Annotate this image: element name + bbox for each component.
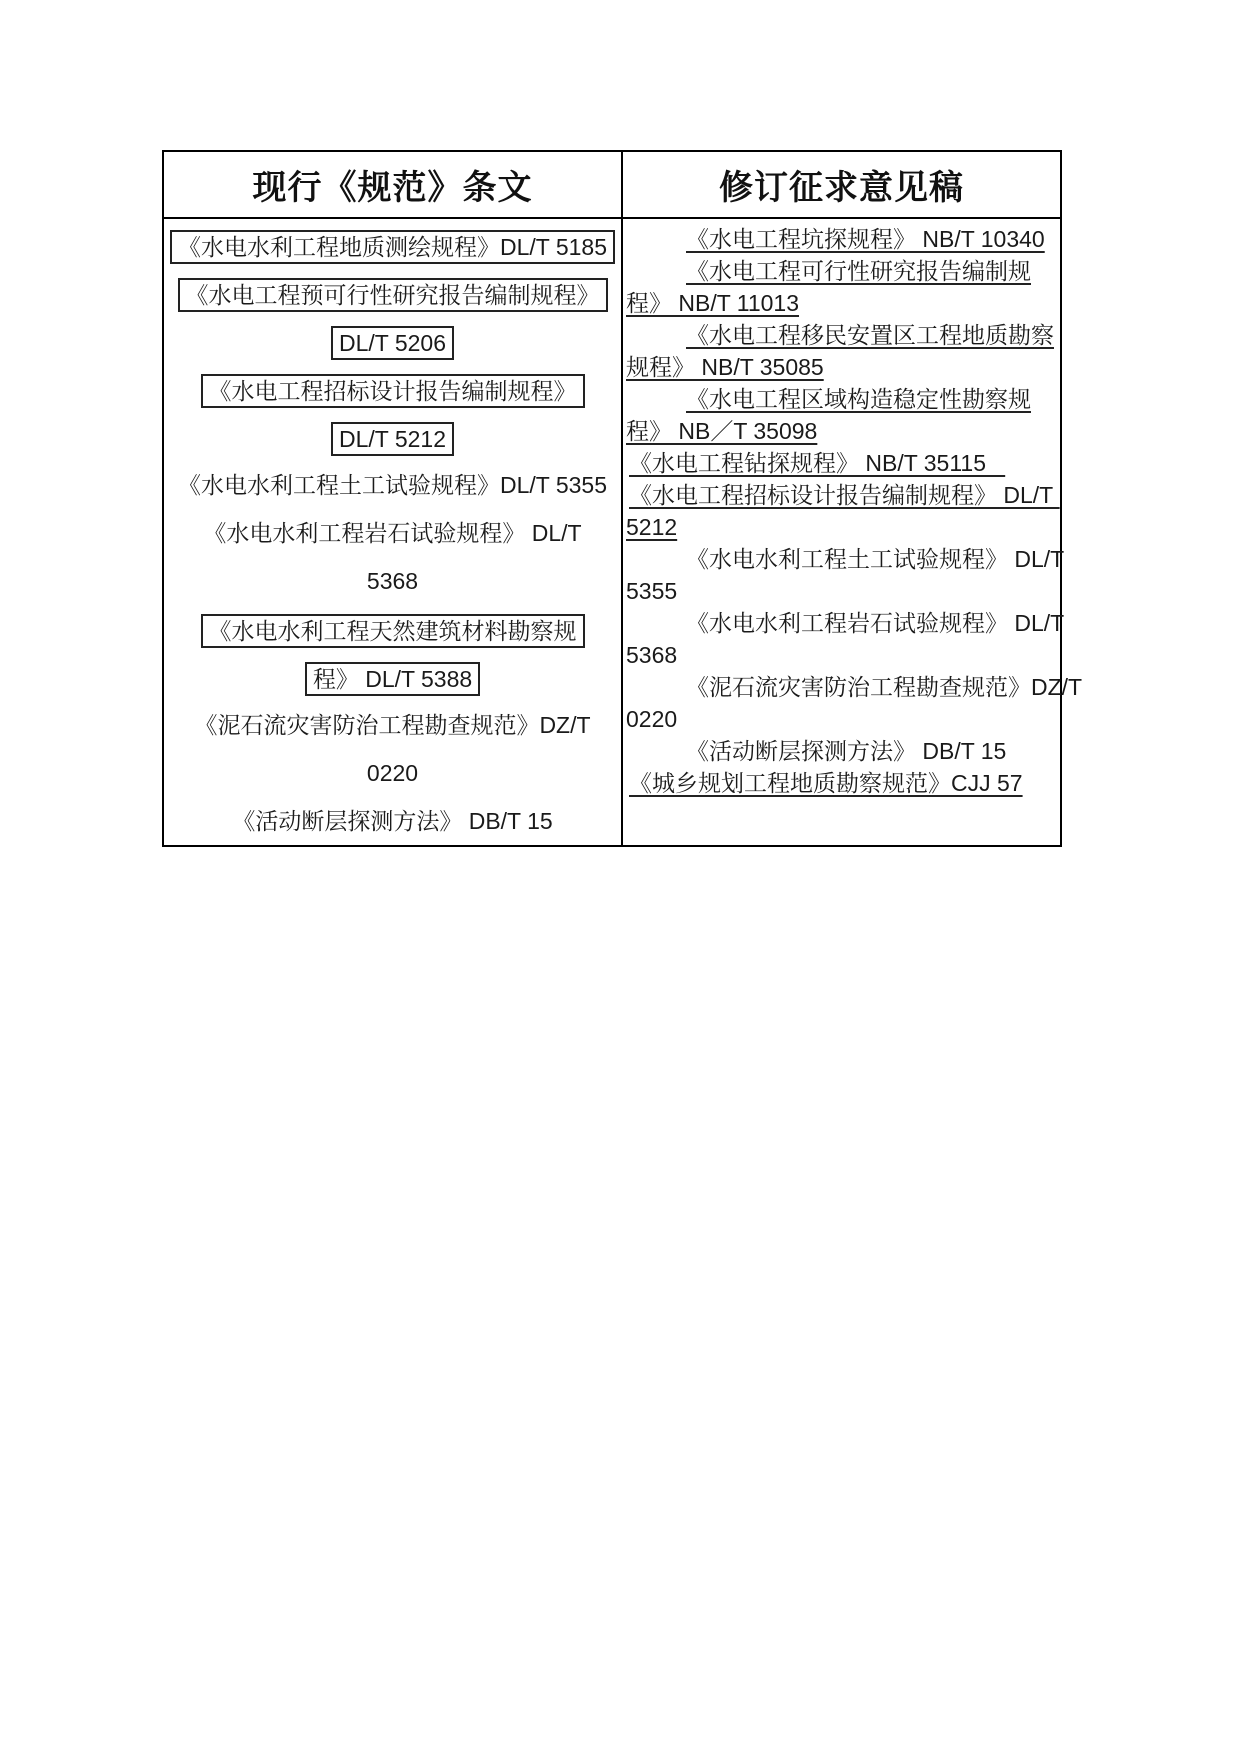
- revision-draft-cell: 《水电工程坑探规程》 NB/T 10340 《水电工程可行性研究报告编制规 程》…: [623, 219, 1060, 845]
- standard-text: 《活动断层探测方法》 DB/T 15: [686, 738, 1006, 764]
- left-column-line: DL/T 5206: [164, 317, 621, 365]
- standard-text: 0220: [626, 706, 677, 732]
- right-column-line: 《城乡规划工程地质勘察规范》CJJ 57: [626, 767, 1058, 799]
- underlined-standard-text: 《水电工程可行性研究报告编制规: [686, 258, 1031, 284]
- right-column-line: 《水电工程钻探规程》 NB/T 35115: [626, 447, 1058, 479]
- left-column-line: 《活动断层探测方法》 DB/T 15: [164, 797, 621, 845]
- header-revision-draft-label: 修订征求意见稿: [719, 160, 964, 209]
- right-column-line: 5368: [626, 639, 1058, 671]
- underlined-standard-text: 规程》 NB/T 35085: [626, 354, 824, 380]
- left-column-line: 5368: [164, 557, 621, 605]
- right-column-line: 5212: [626, 511, 1058, 543]
- right-column-line: 0220: [626, 703, 1058, 735]
- underlined-standard-text: 5212: [626, 514, 677, 540]
- standard-text: 《水电水利工程岩石试验规程》 DL/T: [686, 610, 1064, 636]
- underlined-standard-text: 《水电工程招标设计报告编制规程》 DL/T: [629, 482, 1060, 508]
- left-column-line: 程》 DL/T 5388: [164, 653, 621, 701]
- standard-text: 《活动断层探测方法》 DB/T 15: [232, 808, 552, 834]
- right-column-line: 《水电工程招标设计报告编制规程》 DL/T: [626, 479, 1058, 511]
- underlined-standard-text: 程》 NB／T 35098: [626, 418, 817, 444]
- standard-text: 《水电水利工程土工试验规程》DL/T 5355: [178, 472, 607, 498]
- left-column-line: 《水电水利工程地质测绘规程》DL/T 5185: [164, 221, 621, 269]
- right-column-line: 《水电水利工程土工试验规程》 DL/T: [626, 543, 1058, 575]
- right-column-line: 程》 NB/T 11013: [626, 287, 1058, 319]
- underlined-standard-text: 程》 NB/T 11013: [626, 290, 799, 316]
- comparison-table: 现行《规范》条文 修订征求意见稿 《水电水利工程地质测绘规程》DL/T 5185…: [162, 150, 1062, 847]
- boxed-standard-text: 程》 DL/T 5388: [305, 662, 480, 696]
- standard-text: 0220: [367, 760, 418, 786]
- right-column-line: 5355: [626, 575, 1058, 607]
- left-column-line: 0220: [164, 749, 621, 797]
- underlined-standard-text: 《水电工程区域构造稳定性勘察规: [686, 386, 1031, 412]
- right-column-line: 《水电工程坑探规程》 NB/T 10340: [626, 223, 1058, 255]
- left-column-line: 《水电水利工程土工试验规程》DL/T 5355: [164, 461, 621, 509]
- boxed-standard-text: 《水电水利工程地质测绘规程》DL/T 5185: [170, 230, 615, 264]
- standard-text: 《泥石流灾害防治工程勘查规范》DZ/T: [194, 712, 590, 738]
- underlined-standard-text: 《水电工程钻探规程》 NB/T 35115: [629, 450, 1005, 476]
- header-revision-draft: 修订征求意见稿: [623, 152, 1060, 217]
- left-column-line: 《水电水利工程天然建筑材料勘察规: [164, 605, 621, 653]
- standard-text: 《水电水利工程土工试验规程》 DL/T: [686, 546, 1064, 572]
- current-provisions-cell: 《水电水利工程地质测绘规程》DL/T 5185 《水电工程预可行性研究报告编制规…: [164, 219, 623, 845]
- right-column-line: 规程》 NB/T 35085: [626, 351, 1058, 383]
- underlined-standard-text: 《水电工程坑探规程》 NB/T 10340: [686, 226, 1045, 252]
- right-column-line: 《水电工程可行性研究报告编制规: [626, 255, 1058, 287]
- table-header-row: 现行《规范》条文 修订征求意见稿: [164, 152, 1060, 219]
- standard-text: 5368: [367, 568, 418, 594]
- left-column-line: 《泥石流灾害防治工程勘查规范》DZ/T: [164, 701, 621, 749]
- boxed-standard-text: DL/T 5206: [331, 326, 454, 360]
- standard-text: 5368: [626, 642, 677, 668]
- boxed-standard-text: 《水电工程招标设计报告编制规程》: [201, 374, 585, 408]
- underlined-standard-text: 《城乡规划工程地质勘察规范》CJJ 57: [629, 770, 1023, 796]
- standard-text: 《水电水利工程岩石试验规程》 DL/T: [203, 520, 581, 546]
- boxed-standard-text: 《水电工程预可行性研究报告编制规程》: [178, 278, 608, 312]
- standard-text: 《泥石流灾害防治工程勘查规范》DZ/T: [686, 674, 1082, 700]
- left-column-line: 《水电工程预可行性研究报告编制规程》: [164, 269, 621, 317]
- right-column-line: 《泥石流灾害防治工程勘查规范》DZ/T: [626, 671, 1058, 703]
- right-column-line: 《活动断层探测方法》 DB/T 15: [626, 735, 1058, 767]
- right-column-line: 《水电工程区域构造稳定性勘察规: [626, 383, 1058, 415]
- left-column-line: DL/T 5212: [164, 413, 621, 461]
- boxed-standard-text: 《水电水利工程天然建筑材料勘察规: [201, 614, 585, 648]
- boxed-standard-text: DL/T 5212: [331, 422, 454, 456]
- header-current-provisions-label: 现行《规范》条文: [253, 160, 533, 209]
- left-column-line: 《水电工程招标设计报告编制规程》: [164, 365, 621, 413]
- right-column-line: 《水电水利工程岩石试验规程》 DL/T: [626, 607, 1058, 639]
- header-current-provisions: 现行《规范》条文: [164, 152, 623, 217]
- table-body-row: 《水电水利工程地质测绘规程》DL/T 5185 《水电工程预可行性研究报告编制规…: [164, 219, 1060, 845]
- right-column-line: 《水电工程移民安置区工程地质勘察: [626, 319, 1058, 351]
- left-column-line: 《水电水利工程岩石试验规程》 DL/T: [164, 509, 621, 557]
- standard-text: 5355: [626, 578, 677, 604]
- underlined-standard-text: 《水电工程移民安置区工程地质勘察: [686, 322, 1054, 348]
- right-column-line: 程》 NB／T 35098: [626, 415, 1058, 447]
